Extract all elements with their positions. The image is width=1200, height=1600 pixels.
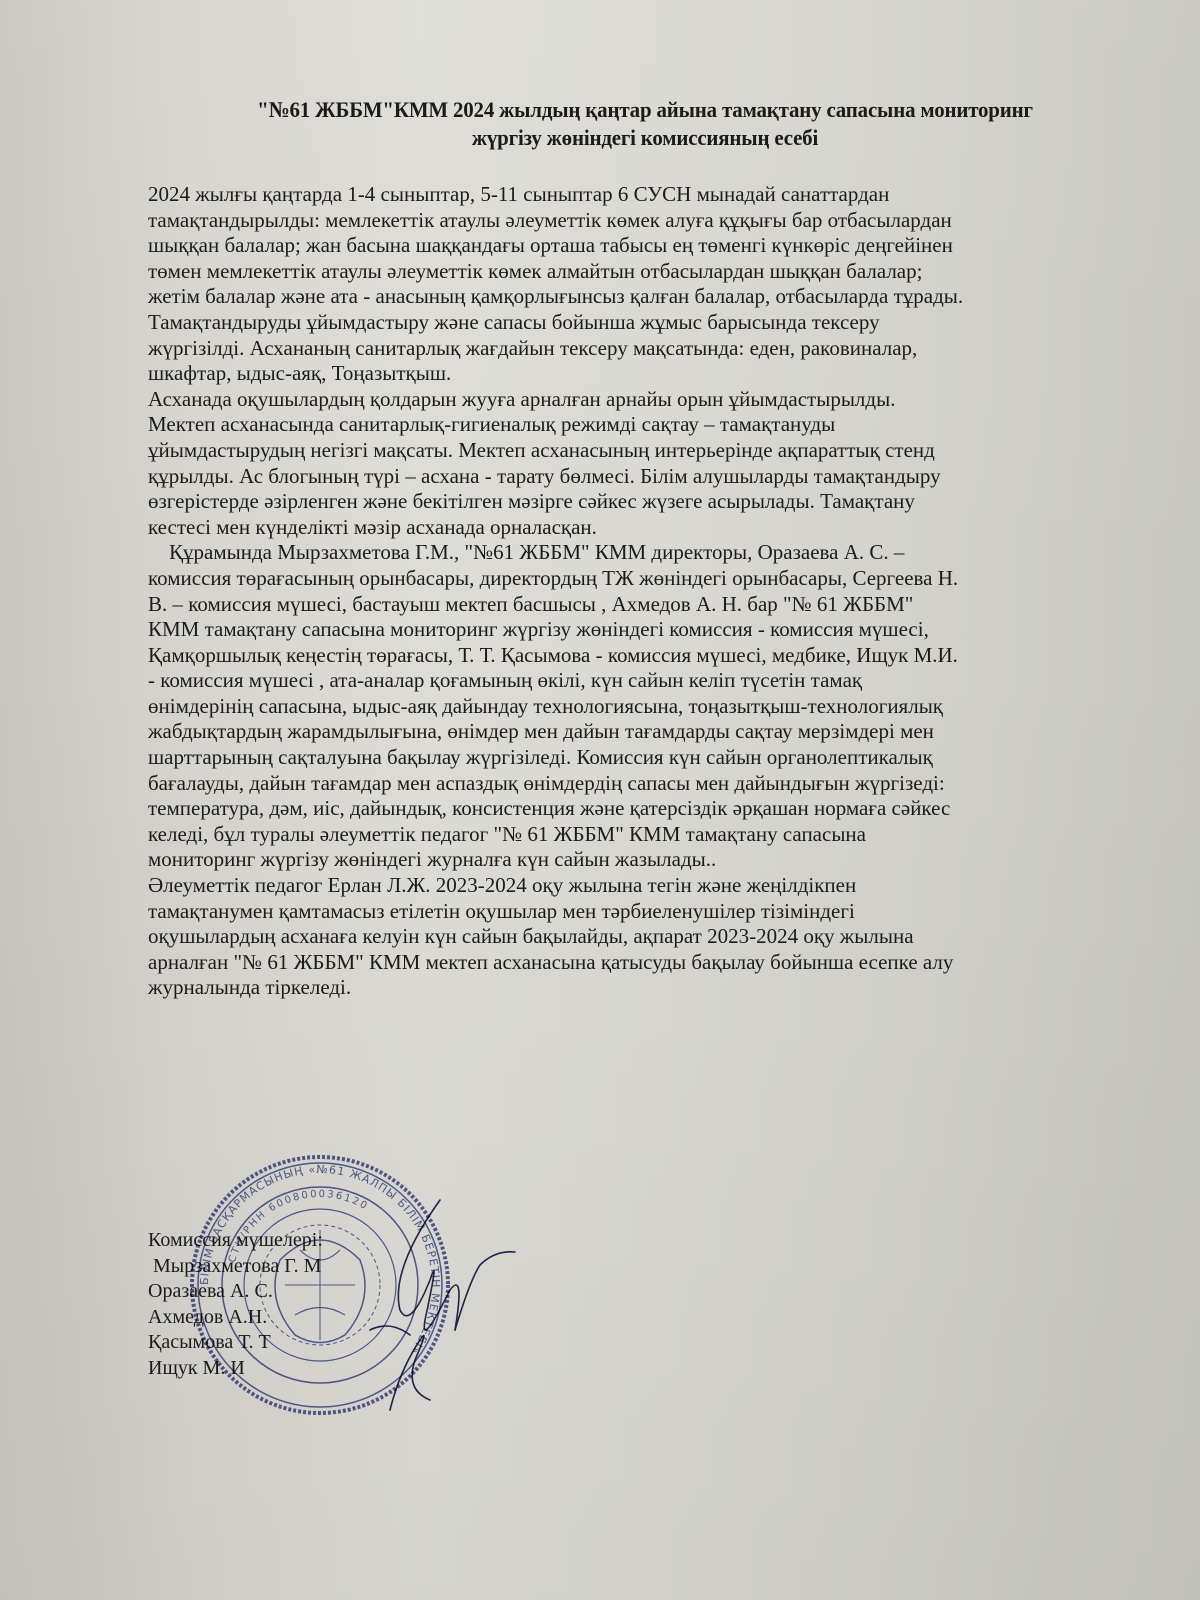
body-line: температура, дәм, иіс, дайындық, консист… (148, 796, 1148, 822)
body-line: - комиссия мүшесі , ата-аналар қоғамының… (148, 668, 1148, 694)
body-line: жабдықтардың жарамдылығына, өнімдер мен … (148, 719, 1148, 745)
body-line: жетім балалар және ата - анасының қамқор… (148, 284, 1148, 310)
body-line: КММ тамақтану сапасына мониторинг жүргіз… (148, 617, 1148, 643)
body-line: Қамқоршылық кеңестің төрағасы, Т. Т. Қас… (148, 643, 1148, 669)
body-line: журналында тіркеледі. (148, 975, 1148, 1001)
body-line: құрылды. Ас блогының түрі – асхана - тар… (148, 464, 1148, 490)
body-line: келеді, бұл туралы әлеуметтік педагог "№… (148, 822, 1148, 848)
body-line: Асханада оқушылардың қолдарын жууға арна… (148, 387, 1148, 413)
body-line: комиссия төрағасының орынбасары, директо… (148, 566, 1148, 592)
body-line: төмен мемлекеттік атаулы әлеуметтік көме… (148, 259, 1148, 285)
body-line: 2024 жылғы қаңтарда 1-4 сыныптар, 5-11 с… (148, 182, 1148, 208)
body-line: Әлеуметтік педагог Ерлан Л.Ж. 2023-2024 … (148, 873, 1148, 899)
body-line: Тамақтандыруды ұйымдастыру және сапасы б… (148, 310, 1148, 336)
body-line: ұйымдастырудың негізгі мақсаты. Мектеп а… (148, 438, 1148, 464)
body-line: В. – комиссия мүшесі, бастауыш мектеп ба… (148, 592, 1148, 618)
body-line: бағалауды, дайын тағамдар мен аспаздық ө… (148, 771, 1148, 797)
handwritten-signature-icon (330, 1190, 520, 1420)
body-line: шкафтар, ыдыс-аяқ, Тоңазытқыш. (148, 361, 1148, 387)
body-line: Мектеп асханасында санитарлық-гигиеналық… (148, 412, 1148, 438)
title-line-1: "№61 ЖББМ"КММ 2024 жылдың қаңтар айына т… (185, 96, 1106, 124)
body-line: Құрамында Мырзахметова Г.М., "№61 ЖББМ" … (148, 540, 1148, 566)
body-line: тамақтанумен қамтамасыз етілетін оқушыла… (148, 899, 1148, 925)
body-line: өнімдерінің сапасына, ыдыс-аяқ дайындау … (148, 694, 1148, 720)
body-line: тамақтандырылды: мемлекеттік атаулы әлеу… (148, 208, 1148, 234)
body-line: оқушылардың асханаға келуін күн сайын ба… (148, 924, 1148, 950)
body-line: мониторинг жүргізу жөніндегі журналға кү… (148, 847, 1148, 873)
body-line: шарттарының сақталуына бақылау жүргізіле… (148, 745, 1148, 771)
body-line: өзгерістерде әзірленген және бекітілген … (148, 489, 1148, 515)
body-line: арналған "№ 61 ЖББМ" КММ мектеп асханасы… (148, 950, 1148, 976)
body-line: шыққан балалар; жан басына шаққандағы ор… (148, 233, 1148, 259)
document-title: "№61 ЖББМ"КММ 2024 жылдың қаңтар айына т… (185, 96, 1106, 152)
body-line: кестесі мен күнделікті мәзір асханада ор… (148, 515, 1148, 541)
title-line-2: жүргізу жөніндегі комиссияның есебі (185, 124, 1106, 152)
report-body: 2024 жылғы қаңтарда 1-4 сыныптар, 5-11 с… (148, 182, 1148, 1001)
body-line: жүргізілді. Асхананың санитарлық жағдайы… (148, 336, 1148, 362)
